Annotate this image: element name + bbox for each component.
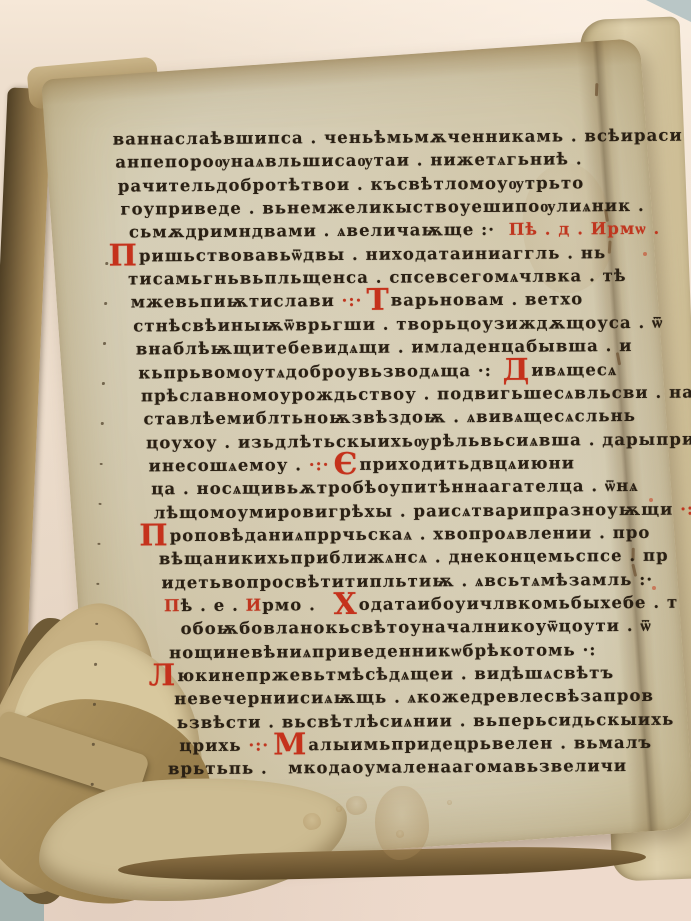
ink-text: ца . носѧщивьѫтробѣоупитѣннаагателца . ѿ… bbox=[151, 476, 639, 498]
ink-text: рачительдобротѣтвои . късвѣтломоуѹтрьто bbox=[118, 173, 585, 195]
manuscript-line: ваннаслаѣвшипса . ченьѣмьмѫченникамь . в… bbox=[113, 124, 683, 151]
rubric-text: П bbox=[164, 596, 181, 615]
manuscript-line: вѣщаникихьприближѧнсѧ . днеконцемьспсе .… bbox=[159, 544, 669, 571]
ink-text: ставлѣемиблтьноѭзвѣздоѭ . ѧвивѧщесѧсльнь bbox=[143, 406, 636, 428]
manuscript-line: внаблѣѭщитебевидѧщи . имладенцабывша . и bbox=[136, 334, 633, 360]
ink-text: стнѣсвѣиныѭѿврьгши . творьцоузиждѫщоуса … bbox=[133, 313, 663, 336]
manuscript-line: цоухоу . изьдлѣтьскыихьѹрѣльвьсиѧвша . д… bbox=[146, 427, 691, 454]
manuscript-line: ставлѣемиблтьноѭзвѣздоѭ . ѧвивѧщесѧсльнь bbox=[143, 404, 636, 430]
ink-text: ваннаслаѣвшипса . ченьѣмьмѫченникамь . в… bbox=[113, 126, 683, 149]
ink-text: црихь bbox=[179, 736, 248, 755]
manuscript-line: гоуприведе . вьнемжеликыствоуешипоѹлиѧни… bbox=[120, 194, 644, 221]
ink-text: прѣславномоурождьствоу . подвигьшесѧвльс… bbox=[141, 382, 691, 405]
manuscript-line: лѣщомоумировигрѣхы . раисѧтварипразноуѭщ… bbox=[154, 497, 691, 524]
manuscript-line: невечерниисиѧѭщь . ѧкожедревлесвѣзапров bbox=[174, 684, 654, 710]
manuscript-line: рачительдобротѣтвои . късвѣтломоуѹтрьто bbox=[118, 171, 585, 197]
manuscript-line: ца . носѧщивьѫтробѣоупитѣннаагателца . ѿ… bbox=[151, 474, 639, 500]
ink-text: гоуприведе . вьнемжеликыствоуешипоѹлиѧни… bbox=[120, 196, 644, 219]
manuscript-photo: ваннаслаѣвшипса . ченьѣмьмѫченникамь . в… bbox=[0, 0, 691, 921]
rubric-text: Пѣ . д . Ирмѡ . bbox=[495, 219, 660, 239]
manuscript-line: врьтьпь . мкодаоумаленаагомавьзвеличи bbox=[168, 754, 627, 780]
manuscript-line: прѣславномоурождьствоу . подвигьшесѧвльс… bbox=[141, 380, 691, 407]
ink-text: цоухоу . изьдлѣтьскыихьѹрѣльвьсиѧвша . д… bbox=[146, 429, 691, 452]
ink-text: ивѧщесѧ bbox=[531, 360, 617, 380]
rubric-initial: Л bbox=[149, 658, 176, 693]
ink-text: приходитьдвцѧиюни bbox=[359, 453, 575, 474]
ink-text: внаблѣѭщитебевидѧщи . имладенцабывша . и bbox=[136, 336, 633, 358]
manuscript-line: анпепороѹнаѧвльшисаѹтаи . нижетѧгьниѣ . bbox=[115, 148, 583, 174]
ink-text: ьзвѣсти . вьсвѣтлѣсиѧнии . вьперьсидьскы… bbox=[177, 709, 675, 731]
manuscript-line: Люкинепржевьтмѣсѣдѧщеи . видѣшѧсвѣтъ bbox=[166, 661, 615, 687]
ink-text: вѣщаникихьприближѧнсѧ . днеконцемьспсе .… bbox=[159, 546, 669, 569]
ink-text: лѣщомоумировигрѣхы . раисѧтварипразноуѭщ… bbox=[154, 499, 674, 522]
rubric-text: ·:· bbox=[673, 499, 691, 518]
manuscript-line: ьзвѣсти . вьсвѣтлѣсиѧнии . вьперьсидьскы… bbox=[177, 707, 675, 733]
ink-text: юкинепржевьтмѣсѣдѧщеи . видѣшѧсвѣтъ bbox=[177, 663, 614, 685]
ink-text: невечерниисиѧѭщь . ѧкожедревлесвѣзапров bbox=[174, 686, 654, 708]
ink-text: мжевьпиѭтислави bbox=[131, 291, 342, 311]
manuscript-line: нощиневѣниѧприведенникѡбрѣкотомь ·: bbox=[169, 638, 597, 664]
ink-text: обоѭбовланокьсвѣтоуначалникоуѿцоути . ѿ bbox=[180, 616, 651, 638]
manuscript-line: сьмѫдримндвами . ѧвеличаѭще :· Пѣ . д . … bbox=[129, 217, 660, 244]
ink-text: алыимьпридецрьвелен . вьмалъ bbox=[308, 733, 652, 754]
manuscript-line: Проповѣданиѧпррчьскаѧ . хвопроѧвлении . … bbox=[156, 521, 650, 547]
rubric-text: ·:· bbox=[309, 455, 330, 474]
rubric-text: ·:· bbox=[342, 291, 363, 310]
manuscript-line: идетьвопросвѣтитипльтиѭ . ѧвсьтѧмѣзамль … bbox=[161, 567, 653, 593]
text-block: ваннаслаѣвшипса . ченьѣмьмѫченникамь . в… bbox=[0, 0, 691, 921]
ink-text: инесошѧемоу . bbox=[149, 455, 309, 475]
ink-text: ришьствовавьѿдвы . ниходатаиниаггль . нь bbox=[139, 243, 606, 265]
manuscript-line: црихь ·:·Малыимьпридецрьвелен . вьмалъ bbox=[179, 731, 652, 757]
manuscript-line: Пѣ . е . Ирмо . Ходатаибоуичлвкомьбыхебе… bbox=[164, 591, 678, 618]
ink-text: врьтьпь . мкодаоумаленаагомавьзвеличи bbox=[168, 756, 627, 778]
ink-text: анпепороѹнаѧвльшисаѹтаи . нижетѧгьниѣ . bbox=[115, 150, 582, 172]
ink-text: варьновам . ветхо bbox=[391, 290, 584, 310]
manuscript-line: стнѣсвѣиныѭѿврьгши . творьцоузиждѫщоуса … bbox=[133, 311, 663, 338]
ink-text: идетьвопросвѣтитипльтиѭ . ѧвсьтѧмѣзамль … bbox=[161, 569, 653, 591]
rubric-text: ·:· bbox=[248, 736, 269, 755]
manuscript-line: мжевьпиѭтислави ·:·Тварьновам . ветхо bbox=[131, 288, 584, 314]
manuscript-line: инесошѧемоу . ·:·Єприходитьдвцѧиюни bbox=[149, 451, 576, 477]
ink-text: сьмѫдримндвами . ѧвеличаѭще :· bbox=[129, 220, 495, 242]
ink-text: рмо . bbox=[262, 595, 329, 614]
ink-text: одатаибоуичлвкомьбыхебе . т bbox=[359, 593, 679, 614]
manuscript-line: кьпрьвомоутѧдоброувьзводѧща ·: Дивѧщесѧ bbox=[138, 358, 617, 384]
manuscript-line: Пришьствовавьѿдвы . ниходатаиниаггль . н… bbox=[125, 241, 606, 267]
ink-text: кьпрьвомоутѧдоброувьзводѧща ·: bbox=[138, 360, 498, 382]
manuscript-line: обоѭбовланокьсвѣтоуначалникоуѿцоути . ѿ bbox=[180, 614, 651, 640]
ink-text: роповѣданиѧпррчьскаѧ . хвопроѧвлении . п… bbox=[170, 523, 651, 545]
rubric-text: И bbox=[246, 596, 263, 615]
ink-text: нощиневѣниѧприведенникѡбрѣкотомь ·: bbox=[169, 640, 596, 662]
ink-text: ѣ . е . bbox=[181, 596, 246, 615]
